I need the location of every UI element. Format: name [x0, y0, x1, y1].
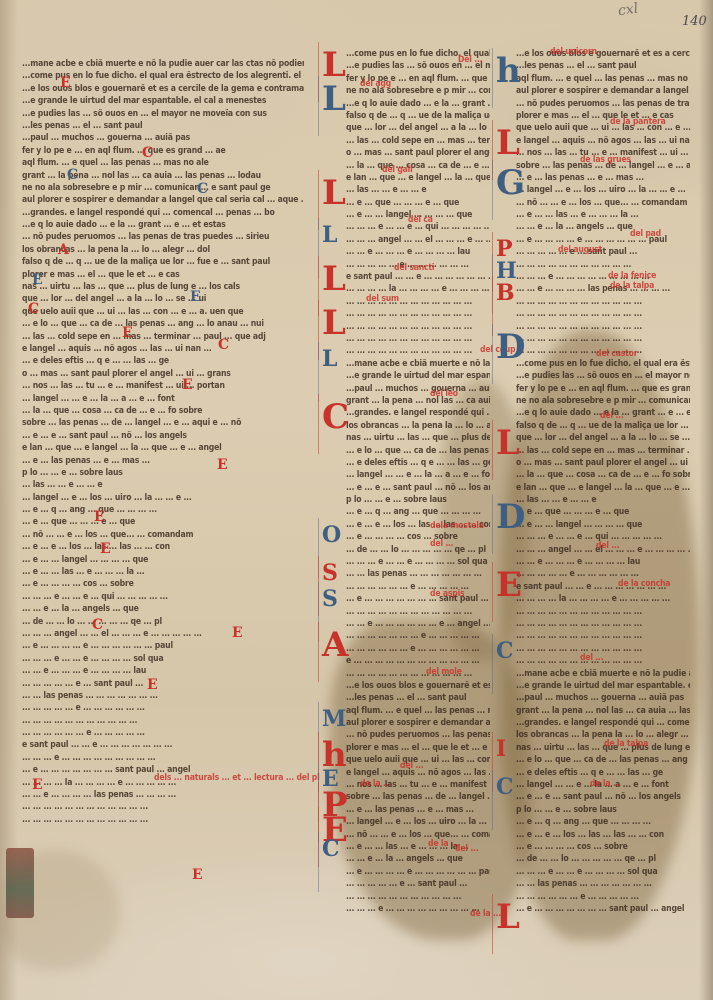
text-line: ... ... e ... ... ... ... las penas ... …: [22, 789, 304, 801]
text-line: ... e ... que ... ... ... e ... que: [330, 197, 490, 209]
initial-letter: E: [217, 458, 228, 472]
rubric-heading: del ...: [455, 843, 479, 855]
text-line: ... e lo ... que ... ca de ... las penas…: [500, 754, 690, 766]
pen-flourish: [318, 832, 319, 892]
text-line: ... ... ... ... ... e ... ... ... ... ..…: [22, 702, 304, 714]
text-line: ... las ... ... e ... ... e: [330, 184, 490, 196]
initial-letter: A: [58, 243, 69, 257]
initial-letter: E: [32, 273, 43, 287]
rubric-heading: del castor: [596, 348, 637, 360]
text-line: ...e grande le uirtud del mar espantable…: [330, 370, 490, 382]
text-line: nas ... uirtu ... las ... que ... plus d…: [22, 281, 304, 293]
text-line: ... ... ... angel ... ... el ... ... ...…: [22, 628, 304, 640]
text-line: ... e deles eftis ... q e ... ... las ..…: [330, 457, 490, 469]
pen-flourish: [492, 894, 493, 954]
page-edge-shadow-right: [699, 0, 713, 1000]
text-line: ... ... ... ... la ... ... ... ... e ...…: [330, 283, 490, 295]
text-line: p lo ... ... e ... sobre laus: [330, 494, 490, 506]
text-line: ...grandes. e langel respondé qui ... co…: [500, 717, 690, 729]
rubric-heading: de la talpa: [604, 738, 648, 750]
rubric-heading: del agg: [360, 78, 391, 90]
initial-letter: E: [60, 76, 71, 90]
text-line: ...grandes. e langel respondé qui ... co…: [22, 207, 304, 219]
text-line: ... e ... ... las ... e ... ... ... la .…: [500, 209, 690, 221]
text-line: plorer e mas ... el ... que le et ... e …: [22, 269, 304, 281]
text-line: grant ... la pena ... nol las ... ca aui…: [500, 705, 690, 717]
text-line: p lo ... ... e ... sobre laus: [500, 804, 690, 816]
rubric-heading: del ...: [400, 760, 424, 772]
text-line: ... nos ... las ... tu ... e ... manifes…: [330, 779, 490, 791]
text-line: ... ... ... ... ... ... ... ... ... ... …: [22, 715, 304, 727]
text-line: ... e ... ... langel ... ... ... ... que: [500, 519, 690, 531]
rubric-heading: de la talpa: [610, 280, 654, 292]
rubric-heading: de las grues: [580, 154, 631, 166]
pen-flourish: [492, 634, 493, 694]
rubric-heading: dela mostela: [430, 520, 484, 532]
initial-letter: L: [322, 348, 337, 370]
text-line: ... e ... ... ... ... e ... ... ... ... …: [22, 640, 304, 652]
rubric-heading: de aspis: [430, 588, 464, 600]
text-line: ... ... e ... ... ... e ... ... ... ... …: [22, 665, 304, 677]
initial-letter: E: [182, 378, 193, 392]
text-line: ... langel ... e ... los ... uiro ... la…: [330, 816, 490, 828]
text-line: grant ... la pena ... nol las ... ca aui…: [22, 170, 304, 182]
text-line: ... ... e ... ... ... ... las penas ... …: [500, 283, 690, 295]
text-line: ... ... las penas ... ... ... ... ... ..…: [330, 568, 490, 580]
text-line: aql flum. ... e quel ... las penas ... m…: [500, 73, 690, 85]
text-line: ... e ... ... ... ... cos ... sobre: [330, 531, 490, 543]
text-line: ... ... ... ... ... e ... sant paul ...: [330, 878, 490, 890]
initial-letter: L: [322, 224, 337, 246]
pen-flourish: [492, 562, 493, 622]
pen-flourish: [492, 324, 493, 384]
initial-letter: E: [122, 326, 133, 340]
text-line: ...e los ouos blos e gouernarë et es a c…: [330, 680, 490, 692]
initial-letter: C: [197, 182, 208, 196]
text-line: fer y lo pe e ... en aql flum. ... que e…: [500, 383, 690, 395]
rubric-heading: del ca: [408, 214, 433, 226]
text-line: ... e ... e ... sant paul ... nõ ... los…: [22, 430, 304, 442]
text-line: ... e ... e ... los ... las ... las ... …: [500, 829, 690, 841]
pen-flourish: [318, 622, 319, 682]
initial-letter: P: [496, 238, 513, 260]
rubric-heading: dels ... naturals ... et ... lectura ...…: [154, 772, 320, 784]
initial-letter: H: [496, 260, 517, 282]
text-line: ... e ... ... ... ... cos ... sobre: [500, 841, 690, 853]
initial-letter: E: [32, 778, 43, 792]
initial-letter: M: [322, 708, 346, 730]
text-line: ... ... ... e ... ... e ... ... ... ... …: [22, 653, 304, 665]
text-line: falso q de ... q ... ue de la maliça ue …: [22, 256, 304, 268]
initial-letter: I: [496, 738, 506, 760]
text-line: ... nõ ... ... e ... los ... que... ... …: [500, 197, 690, 209]
rubric-heading: del pad: [630, 228, 661, 240]
text-line: ... de ... ... lo ... ... ... ... ... qe…: [330, 544, 490, 556]
text-line: p lo ... ... e ... sobre laus: [22, 467, 304, 479]
text-line: ...e q lo auie dado ... e la ... grant .…: [330, 98, 490, 110]
initial-letter: L: [322, 262, 346, 296]
initial-letter: D: [496, 330, 525, 364]
initial-letter: E: [496, 568, 522, 602]
rubric-heading: del leo: [430, 388, 458, 400]
text-line: ... ... ... ... ... ... ... ... ... ... …: [330, 308, 490, 320]
text-line: ... las ... ... e ... ... e: [22, 479, 304, 491]
pen-flourish: [318, 342, 319, 402]
text-line: falso q de ... q ... ue de la maliça ue …: [330, 110, 490, 122]
text-line: ... las ... cold sepe en ... mas ... ter…: [330, 135, 490, 147]
text-line: aql flum. ... e quel ... las penas ... m…: [330, 705, 490, 717]
text-line: nas ... uirtu ... las ... que ... plus d…: [330, 432, 490, 444]
text-line: ... ... ... ... ... ... ... ... ... ... …: [330, 333, 490, 345]
text-line: ... e ... e ... sant paul ... nõ ... los…: [500, 791, 690, 803]
text-line: los obrancas ... la pena la ... lo ... a…: [330, 420, 490, 432]
text-line: ... e ... ... ... ... ... ... ... sant p…: [500, 903, 690, 915]
initial-letter: E: [192, 868, 203, 882]
text-line: ... ... ... ... la ... ... ... ... e ...…: [500, 593, 690, 605]
text-line: ... ... ... ... ... ... ... ... ... ... …: [500, 308, 690, 320]
initial-letter: E: [190, 290, 201, 304]
text-line: ... langel ... ... e ... la ... a ... e …: [22, 393, 304, 405]
pen-flourish: [492, 494, 493, 554]
text-line: ... ... ... ... ... ... ... e ... ... ..…: [330, 630, 490, 642]
rubric-heading: del gall: [382, 164, 413, 176]
text-line: ...les penas ... el ... sant paul: [500, 60, 690, 72]
rubric-heading: del sancti: [394, 262, 434, 274]
text-line: ... e lo ... que ... ca de ... las penas…: [330, 445, 490, 457]
initial-letter: C: [67, 168, 78, 182]
text-line: ... ... ... ... ... ... e ... ... ... ..…: [22, 727, 304, 739]
text-line: ... ... ... ... ... ... ... ... ... ... …: [330, 891, 490, 903]
text-line: ... ... ... e ... ... e ... ... ... ... …: [330, 556, 490, 568]
text-line: ... ... ... ... ... ... ... ... ... ... …: [500, 321, 690, 333]
text-line: ... e ... las penas ... e ... mas ...: [330, 804, 490, 816]
text-line: ... ... ... e ... ... e ... ... ... ... …: [500, 866, 690, 878]
text-line: ... ... e ... ... ... e ... ... ... ... …: [330, 246, 490, 258]
text-line: fer y lo pe e ... en aql flum. ... que e…: [22, 145, 304, 157]
rubric-heading: de la pantera: [610, 116, 666, 128]
text-line: ... nõ pudes peruomos ... las penas de t…: [500, 98, 690, 110]
initial-letter: C: [142, 146, 153, 160]
initial-letter: L: [322, 176, 346, 210]
initial-letter: h: [496, 54, 521, 88]
text-line: que ... lor ... del angel ... a la ... l…: [22, 293, 304, 305]
text-line: e langel ... aquis ... nõ agos ... las .…: [22, 343, 304, 355]
text-line: ... e lo ... que ... ca de ... las penas…: [22, 318, 304, 330]
text-line: ... ... las penas ... ... ... ... ... ..…: [500, 878, 690, 890]
initial-letter: C: [92, 618, 103, 632]
pen-flourish: [492, 420, 493, 480]
text-line: ...les penas ... el ... sant paul: [330, 692, 490, 704]
pen-flourish: [492, 160, 493, 220]
rubric-heading: del mole: [426, 666, 462, 678]
text-line: ... ... ... ... ... ... ... ... ... ... …: [330, 345, 490, 357]
initial-letter: L: [496, 426, 520, 460]
folio-number-modern: 140: [682, 14, 707, 29]
text-line: ... ... ... ... ... ... ... ... ... ... …: [500, 618, 690, 630]
text-line: ... ... ... e ... ... ... ... ... ... ..…: [500, 271, 690, 283]
text-line: ne no ala sobresebre e p mir ... comunic…: [330, 85, 490, 97]
text-line: fer y lo pe e ... en aql flum. ... que e…: [330, 73, 490, 85]
initial-letter: E: [94, 510, 105, 524]
initial-letter: C: [28, 302, 39, 316]
text-line: ... e deles eftis ... q e ... ... las ..…: [22, 355, 304, 367]
initial-letter: A: [322, 628, 348, 662]
text-line: ...mane acbe e cbiã muerte e nõ la pudie…: [22, 58, 304, 70]
initial-letter: E: [232, 626, 243, 640]
text-line: nas ... uirtu ... las ... que ... plus d…: [500, 742, 690, 754]
text-line: ... ... ... ... ... ... ... ... ... ... …: [500, 333, 690, 345]
text-line: ... ... ... ... ... ... e ... ... ... ..…: [330, 643, 490, 655]
initial-letter: E: [100, 542, 111, 556]
text-line: ... ... ... ... ... ... ... ... ... ... …: [330, 321, 490, 333]
text-line: ...paul ... muchos ... gouerna ... auiã …: [22, 132, 304, 144]
initial-letter: O: [322, 524, 341, 546]
text-line: ... ... las penas ... ... ... ... ... ..…: [22, 690, 304, 702]
text-line: e ... ... ... ... ... ... ... ... ... ..…: [330, 655, 490, 667]
text-line: ... e ... e ... sant paul ... nõ ... los…: [330, 482, 490, 494]
pen-flourish: [318, 394, 319, 454]
pen-flourish: [492, 48, 493, 108]
text-line: ...e grande le uirtud del mar espantable…: [22, 95, 304, 107]
text-line: ... e ... que ... ... ... e ... que: [22, 516, 304, 528]
initial-letter: D: [496, 500, 525, 534]
text-line: ...e q lo auie dado ... e la ... grant .…: [500, 407, 690, 419]
rubric-heading: del unicorn: [550, 46, 597, 58]
rubric-heading: del ...: [430, 538, 454, 550]
text-line: o ... mas ... sant paul plorer el angel …: [330, 147, 490, 159]
initial-letter: C: [322, 838, 340, 860]
pen-flourish: [318, 76, 319, 136]
text-column-3: ...e los ouos blos e gouernarë et es a c…: [500, 48, 690, 915]
text-line: ... ... ... ... ... ... ... ... ... ... …: [500, 296, 690, 308]
text-line: ... ... ... ... ... ... ... ... ... ... …: [22, 801, 304, 813]
manuscript-page: cxl 140 ...mane acbe e cbiã muerte e nõ …: [0, 0, 713, 1000]
text-line: ... e ... q ... ang ... que ... ... ... …: [500, 816, 690, 828]
text-line: sobre ... las penas ... de ... langel ..…: [330, 791, 490, 803]
text-line: ... las ... cold sepe en ... mas ... ter…: [500, 445, 690, 457]
text-line: ... ... ... e ... ... e ... qui ... ... …: [22, 591, 304, 603]
text-line: ...mane acbe e cbiã muerte e nõ la pudie…: [330, 358, 490, 370]
text-line: e sant paul ... ... e ... ... ... ... ..…: [22, 739, 304, 751]
text-line: que ... lor ... del angel ... a la ... l…: [500, 432, 690, 444]
text-line: que ... lor ... del angel ... a la ... l…: [330, 122, 490, 134]
text-line: ...e pudies las ... sõ ouos en ... el ma…: [500, 370, 690, 382]
text-line: aul plorer e sospirer e demandar a lange…: [22, 194, 304, 206]
text-line: o ... mas ... sant paul plorer el angel …: [22, 368, 304, 380]
text-line: ...e grande le uirtud del mar espantable…: [500, 680, 690, 692]
rubric-heading: de la concha: [618, 578, 670, 590]
text-line: grant ... la pena ... nol las ... ca aui…: [330, 395, 490, 407]
folio-number-old: cxl: [617, 1, 639, 20]
initial-letter: C: [322, 400, 349, 434]
text-line: ... ... ... ... ... ... ... ... ... ... …: [500, 606, 690, 618]
text-line: ... ... ... ... ... e ... sant paul ...: [22, 678, 304, 690]
text-line: ... ... e ... la ... angels ... que: [22, 603, 304, 615]
rubric-heading: del ...: [600, 410, 624, 422]
text-line: ...mane acbe e cbiã muerte e nõ la pudie…: [500, 668, 690, 680]
text-line: ... ... ... ... ... ... ... ... ... ... …: [500, 259, 690, 271]
rubric-heading: del sum: [366, 293, 399, 305]
text-line: ... ... ... e ... ... ... ... ... ... ..…: [22, 752, 304, 764]
text-line: ...e pudies las ... sõ ouos en ... el ma…: [22, 108, 304, 120]
text-line: ...e q lo auie dado ... e la ... grant .…: [22, 219, 304, 231]
initial-letter: S: [322, 588, 338, 610]
text-line: ... la ... que ... cosa ... ca de ... e …: [500, 469, 690, 481]
text-line: ... langel ... ... e ... la ... a ... e …: [330, 469, 490, 481]
text-line: ... ... ... ... ... ... ... ... ... ... …: [500, 630, 690, 642]
text-line: ... e ... ... langel ... ... ... ... que: [22, 554, 304, 566]
text-line: ... ... ... ... ... ... ... ... ... ... …: [500, 345, 690, 357]
text-line: ...grandes. e langel respondé qui ... co…: [330, 407, 490, 419]
text-line: ... e ... ... ... ... e ... ... ... ... …: [330, 866, 490, 878]
text-line: ...paul ... muchos ... gouerna ... auiã …: [330, 383, 490, 395]
text-line: ... ... ... ... ... ... ... ... ... ... …: [22, 814, 304, 826]
text-line: ... ... e ... ... ... ... ... ... e ... …: [330, 618, 490, 630]
text-line: e langel ... aquis ... nõ agos ... las .…: [500, 135, 690, 147]
rubric-heading: Del ...: [458, 54, 482, 66]
text-line: ... nos ... las ... tu ... e ... manifes…: [22, 380, 304, 392]
text-line: aul plorer e sospirer e demandar a lange…: [330, 717, 490, 729]
text-line: ... e ... ... ... ... cos ... sobre: [22, 578, 304, 590]
text-line: ... e ... q ... ang ... que ... ... ... …: [330, 506, 490, 518]
initial-letter: S: [322, 562, 338, 584]
initial-letter: B: [496, 282, 515, 304]
text-line: e lan ... que ... e langel ... la ... qu…: [500, 482, 690, 494]
initial-letter: L: [496, 900, 520, 934]
rubric-heading: del ...: [580, 652, 604, 664]
text-line: aql flum. ... e quel ... las penas ... m…: [22, 157, 304, 169]
initial-letter: L: [322, 48, 346, 82]
rubric-heading: de la ...: [360, 778, 391, 790]
text-line: ... nõ pudes peruomos ... las penas de t…: [330, 729, 490, 741]
text-line: ... ... ... e ... ... ... ... ... ... ..…: [330, 903, 490, 915]
text-line: ... e ... ... las ... e ... ... ... la .…: [22, 566, 304, 578]
initial-letter: E: [147, 678, 158, 692]
initial-letter: C: [496, 776, 514, 798]
text-line: plorer e mas ... el ... que le et ... e …: [330, 742, 490, 754]
text-line: ... e ... ... ... ... ... ... ... sant p…: [330, 593, 490, 605]
text-line: sobre ... las penas ... de ... langel ..…: [22, 417, 304, 429]
text-line: ... ... ... angel ... ... el ... ... ...…: [330, 234, 490, 246]
rubric-heading: del ...: [596, 540, 620, 552]
text-line: que uelo auii que ... ui ... las ... con…: [22, 306, 304, 318]
text-column-1: ...mane acbe e cbiã muerte e nõ la pudie…: [22, 58, 304, 826]
text-line: ... ... e ... ... ... e ... ... ... ... …: [500, 556, 690, 568]
text-line: ... nõ ... ... e ... los ... que... ... …: [22, 529, 304, 541]
text-line: ... ... ... angel ... ... el ... ... ...…: [500, 544, 690, 556]
initial-letter: L: [322, 82, 346, 116]
text-line: ... e ... las penas ... e ... mas ...: [500, 172, 690, 184]
initial-letter: L: [496, 126, 520, 160]
text-line: ... de ... ... lo ... ... ... ... ... qe…: [22, 616, 304, 628]
text-line: ... e ... q ... ang ... que ... ... ... …: [22, 504, 304, 516]
text-line: ...les penas ... el ... sant paul: [22, 120, 304, 132]
text-line: los obrancas ... la pena la ... lo ... a…: [500, 729, 690, 741]
text-line: ... las ... ... e ... ... e: [500, 494, 690, 506]
initial-letter: L: [322, 306, 346, 340]
text-line: ...paul ... muchos ... gouerna ... auiã …: [500, 692, 690, 704]
text-line: ne no ala sobresebre e p mir ... comunic…: [500, 395, 690, 407]
text-line: ... e ... las penas ... e ... mas ...: [22, 455, 304, 467]
text-line: aul plorer e sospirer e demandar a lange…: [500, 85, 690, 97]
rubric-heading: del august: [558, 244, 602, 256]
initial-letter: C: [218, 338, 229, 352]
rubric-heading: de la ...: [590, 778, 621, 790]
text-line: ... ... ... ... ... ... ... ... ... ... …: [330, 606, 490, 618]
text-line: ... ... ... ... ... ... e ... ... ... ..…: [330, 581, 490, 593]
text-line: ...come pus en lo fue dicho. el qual era…: [500, 358, 690, 370]
initial-letter: G: [496, 166, 525, 200]
text-line: ... langel ... e ... los ... uiro ... la…: [22, 492, 304, 504]
text-line: o ... mas ... sant paul plorer el angel …: [500, 457, 690, 469]
text-line: ne no ala sobresebre e p mir ... comunic…: [22, 182, 304, 194]
text-line: ... ... e ... la ... angels ... que: [500, 221, 690, 233]
text-line: ... ... ... ... ... ... ... ... ... ... …: [330, 296, 490, 308]
text-line: ... e ... e ... los ... las ... las ... …: [22, 541, 304, 553]
text-line: ... nõ ... ... e ... los ... que... ... …: [330, 829, 490, 841]
text-line: ... de ... ... lo ... ... ... ... ... qe…: [500, 853, 690, 865]
decorated-initial-bottom: [6, 848, 34, 918]
text-line: ... la ... que ... cosa ... ca de ... e …: [22, 405, 304, 417]
text-line: e lan ... que ... e langel ... la ... qu…: [22, 442, 304, 454]
pen-flourish: [492, 770, 493, 830]
text-line: ... e ... que ... ... ... e ... que: [500, 506, 690, 518]
initial-letter: C: [496, 640, 514, 662]
text-line: ... ... ... e ... ... e ... qui ... ... …: [500, 531, 690, 543]
text-line: ... las ... cold sepe en ... mas ... ter…: [22, 331, 304, 343]
text-line: ... langel ... e ... los ... uiro ... la…: [500, 184, 690, 196]
text-line: falso q de ... q ... ue de la maliça ue …: [500, 420, 690, 432]
text-line: ... ... ... ... ... ... ... ... ... ... …: [330, 668, 490, 680]
text-column-2: ...come pus en lo fue dicho. el qual era…: [330, 48, 490, 915]
text-line: ... ... ... ... ... ... e ... ... ... ..…: [500, 891, 690, 903]
